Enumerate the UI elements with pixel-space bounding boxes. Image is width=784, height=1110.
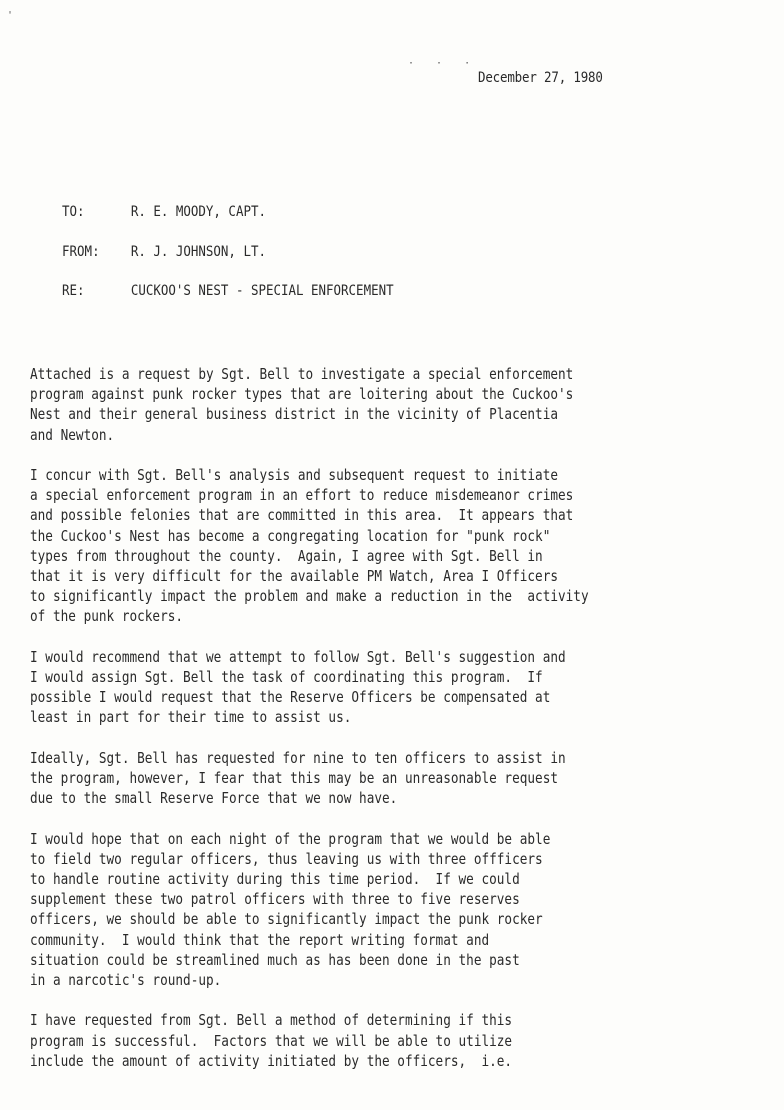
- paragraph-line: in a narcotic's round-up.: [30, 970, 768, 990]
- paragraph-line: Nest and their general business district…: [30, 404, 768, 424]
- paragraph-line: program is successful. Factors that we w…: [30, 1031, 768, 1051]
- paragraph-line: I would hope that on each night of the p…: [30, 829, 768, 849]
- paragraph-line: program against punk rocker types that a…: [30, 384, 768, 404]
- paragraph-line: Ideally, Sgt. Bell has requested for nin…: [30, 748, 768, 768]
- memo-paragraph: I concur with Sgt. Bell's analysis and s…: [30, 465, 768, 627]
- memo-date: December 27, 1980: [478, 70, 603, 86]
- paragraph-line: I would assign Sgt. Bell the task of coo…: [30, 667, 768, 687]
- paragraph-line: to significantly impact the problem and …: [30, 586, 768, 606]
- paragraph-line: the Cuckoo's Nest has become a congregat…: [30, 526, 768, 546]
- paragraph-line: a special enforcement program in an effo…: [30, 485, 768, 505]
- memo-paragraph: I would hope that on each night of the p…: [30, 829, 768, 991]
- paragraph-line: situation could be streamlined much as h…: [30, 950, 768, 970]
- paragraph-line: community. I would think that the report…: [30, 930, 768, 950]
- paragraph-line: include the amount of activity initiated…: [30, 1051, 768, 1071]
- scan-speck: ': [7, 10, 13, 21]
- from-label: FROM:: [62, 244, 131, 260]
- paragraph-line: I concur with Sgt. Bell's analysis and s…: [30, 465, 768, 485]
- paragraph-line: the program, however, I fear that this m…: [30, 768, 768, 788]
- paragraph-line: supplement these two patrol officers wit…: [30, 889, 768, 909]
- paragraph-line: to field two regular officers, thus leav…: [30, 849, 768, 869]
- re-line: RE:CUCKOO'S NEST - SPECIAL ENFORCEMENT: [32, 267, 394, 315]
- memo-paragraph: Attached is a request by Sgt. Bell to in…: [30, 364, 768, 445]
- paragraph-line: I would recommend that we attempt to fol…: [30, 647, 768, 667]
- re-value: CUCKOO'S NEST - SPECIAL ENFORCEMENT: [131, 283, 394, 299]
- paragraph-line: of the punk rockers.: [30, 606, 768, 626]
- paragraph-line: to handle routine activity during this t…: [30, 869, 768, 889]
- paragraph-line: due to the small Reserve Force that we n…: [30, 788, 768, 808]
- memo-paragraph: I would recommend that we attempt to fol…: [30, 647, 768, 728]
- scan-specks: · · ·: [408, 58, 478, 69]
- to-value: R. E. MOODY, CAPT.: [131, 204, 266, 220]
- paragraph-line: that it is very difficult for the availa…: [30, 566, 768, 586]
- paragraph-line: types from throughout the county. Again,…: [30, 546, 768, 566]
- re-label: RE:: [62, 283, 131, 299]
- paragraph-line: and Newton.: [30, 425, 768, 445]
- memo-page: ' · · · December 27, 1980 TO:R. E. MOODY…: [0, 0, 784, 1110]
- paragraph-line: Attached is a request by Sgt. Bell to in…: [30, 364, 768, 384]
- paragraph-line: officers, we should be able to significa…: [30, 909, 768, 929]
- memo-paragraph: I have requested from Sgt. Bell a method…: [30, 1010, 768, 1071]
- paragraph-line: I have requested from Sgt. Bell a method…: [30, 1010, 768, 1030]
- from-value: R. J. JOHNSON, LT.: [131, 244, 266, 260]
- to-label: TO:: [62, 204, 131, 220]
- paragraph-line: least in part for their time to assist u…: [30, 707, 768, 727]
- memo-paragraph: Ideally, Sgt. Bell has requested for nin…: [30, 748, 768, 809]
- paragraph-line: possible I would request that the Reserv…: [30, 687, 768, 707]
- paragraph-line: and possible felonies that are committed…: [30, 505, 768, 525]
- memo-body: Attached is a request by Sgt. Bell to in…: [30, 364, 768, 1091]
